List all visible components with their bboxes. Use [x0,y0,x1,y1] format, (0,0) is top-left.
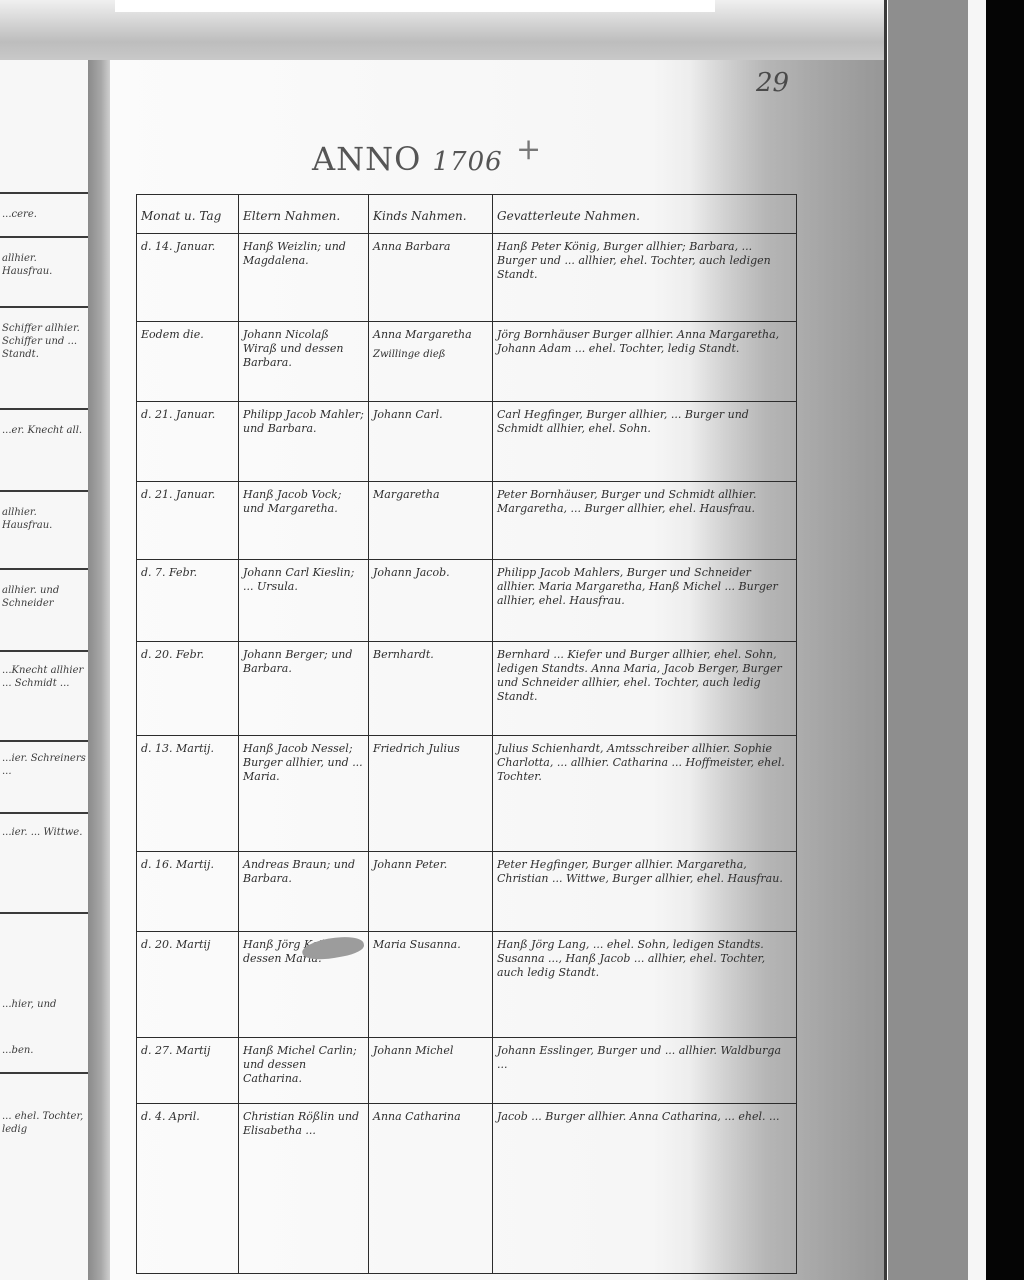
column-header-date: Monat u. Tag [137,195,239,234]
table-row: Eodem die. Johann Nicolaß Wiraß und dess… [137,322,797,402]
left-page-rule [0,568,88,570]
entry-date: d. 14. Januar. [137,234,239,322]
entry-date: d. 7. Febr. [137,560,239,642]
entry-sponsors: Peter Bornhäuser, Burger und Schmidt all… [493,482,797,560]
left-page-fragment: ...Knecht allhier ... Schmidt ... [2,664,86,690]
left-page-rule [0,408,88,410]
page-heading: ANNO 1706 [312,140,503,178]
book-gutter [88,60,110,1280]
left-page-rule [0,912,88,914]
column-header-sponsors: Gevatterleute Nahmen. [493,195,797,234]
table-row: d. 7. Febr. Johann Carl Kieslin; ... Urs… [137,560,797,642]
entry-date: d. 4. April. [137,1104,239,1274]
entry-child: Johann Michel [369,1038,493,1104]
left-page-fragment: allhier. Hausfrau. [2,506,86,532]
entry-sponsors: Hanß Peter König, Burger allhier; Barbar… [493,234,797,322]
entry-child: Margaretha [369,482,493,560]
entry-sponsors: Bernhard ... Kiefer und Burger allhier, … [493,642,797,736]
left-page-rule [0,740,88,742]
entry-child: Anna Barbara [369,234,493,322]
left-page-fragment: ...ier. Schreiners ... [2,752,86,778]
entry-parents: Philipp Jacob Mahler; und Barbara. [239,402,369,482]
table-row: d. 14. Januar. Hanß Weizlin; und Magdale… [137,234,797,322]
scanned-register-page: ...cere. allhier. Hausfrau. Schiffer all… [0,0,1024,1280]
entry-parents: Johann Carl Kieslin; ... Ursula. [239,560,369,642]
entry-child: Friedrich Julius [369,736,493,852]
left-page-rule [0,650,88,652]
table-row: d. 4. April. Christian Rößlin und Elisab… [137,1104,797,1274]
entry-child: Johann Jacob. [369,560,493,642]
entry-date: d. 20. Martij [137,932,239,1038]
entry-parents: Hanß Jacob Nessel; Burger allhier, und .… [239,736,369,852]
entry-child-name: Anna Margaretha [373,328,488,342]
entry-sponsors: Hanß Jörg Lang, ... ehel. Sohn, ledigen … [493,932,797,1038]
left-page-rule [0,490,88,492]
baptism-register-table: Monat u. Tag Eltern Nahmen. Kinds Nahmen… [136,194,797,1274]
scanner-edge-white [968,0,986,1280]
left-page-fragment: ...er. Knecht all. [2,424,86,437]
entry-child: Bernhardt. [369,642,493,736]
scanner-edge-black [986,0,1024,1280]
left-page-fragment: ...cere. [2,208,86,221]
left-page-rule [0,812,88,814]
entry-parents: Hanß Michel Carlin; und dessen Catharina… [239,1038,369,1104]
entry-child: Johann Peter. [369,852,493,932]
left-page-fragment: Schiffer allhier. Schiffer und ... Stand… [2,322,86,361]
entry-child-note: Zwillinge dieß [373,348,488,362]
left-page-rule [0,192,88,194]
entry-parents: Johann Nicolaß Wiraß und dessen Barbara. [239,322,369,402]
left-page-rule [0,1072,88,1074]
entry-date: d. 13. Martij. [137,736,239,852]
table-row: d. 21. Januar. Philipp Jacob Mahler; und… [137,402,797,482]
left-page-fragment: allhier. und Schneider [2,584,86,610]
left-page-rule [0,236,88,238]
entry-parents: Christian Rößlin und Elisabetha ... [239,1104,369,1274]
table-row: d. 13. Martij. Hanß Jacob Nessel; Burger… [137,736,797,852]
entry-child: Anna Catharina [369,1104,493,1274]
left-page-rule [0,306,88,308]
left-page-fragment: ...hier, und [2,998,86,1011]
page-number: 29 [756,68,789,98]
left-page-fragment: allhier. Hausfrau. [2,252,86,278]
header-row: Monat u. Tag Eltern Nahmen. Kinds Nahmen… [137,195,797,234]
left-page-fragment: ...ier. ... Wittwe. [2,826,86,839]
cross-mark-icon: + [516,132,541,167]
table-row: d. 27. Martij Hanß Michel Carlin; und de… [137,1038,797,1104]
heading-anno: ANNO [312,140,421,178]
table-row: d. 20. Martij Hanß Jörg Keil; und dessen… [137,932,797,1038]
left-page-fragment: ... ehel. Tochter, ledig [2,1110,86,1136]
column-header-parents: Eltern Nahmen. [239,195,369,234]
entry-date: d. 27. Martij [137,1038,239,1104]
entry-parents: Hanß Jacob Vock; und Margaretha. [239,482,369,560]
scanner-edge-gray [888,0,968,1280]
entry-child: Johann Carl. [369,402,493,482]
table-row: d. 21. Januar. Hanß Jacob Vock; und Marg… [137,482,797,560]
entry-sponsors: Johann Esslinger, Burger und ... allhier… [493,1038,797,1104]
entry-child: Maria Susanna. [369,932,493,1038]
entry-date: d. 16. Martij. [137,852,239,932]
top-paper-margin [115,0,715,12]
entry-sponsors: Carl Hegfinger, Burger allhier, ... Burg… [493,402,797,482]
page-edge-line [884,0,887,1280]
entry-date: d. 20. Febr. [137,642,239,736]
entry-date: Eodem die. [137,322,239,402]
entry-sponsors: Jacob ... Burger allhier. Anna Catharina… [493,1104,797,1274]
entry-sponsors: Philipp Jacob Mahlers, Burger und Schnei… [493,560,797,642]
left-page-fragment: ...ben. [2,1044,86,1057]
column-header-child: Kinds Nahmen. [369,195,493,234]
entry-parents: Andreas Braun; und Barbara. [239,852,369,932]
table-row: d. 16. Martij. Andreas Braun; und Barbar… [137,852,797,932]
entry-sponsors: Julius Schienhardt, Amtsschreiber allhie… [493,736,797,852]
heading-year: 1706 [433,147,503,177]
entry-date: d. 21. Januar. [137,482,239,560]
table-row: d. 20. Febr. Johann Berger; und Barbara.… [137,642,797,736]
entry-sponsors: Jörg Bornhäuser Burger allhier. Anna Mar… [493,322,797,402]
entry-parents: Hanß Weizlin; und Magdalena. [239,234,369,322]
entry-date: d. 21. Januar. [137,402,239,482]
entry-parents: Johann Berger; und Barbara. [239,642,369,736]
entry-sponsors: Peter Hegfinger, Burger allhier. Margare… [493,852,797,932]
entry-child: Anna Margaretha Zwillinge dieß [369,322,493,402]
